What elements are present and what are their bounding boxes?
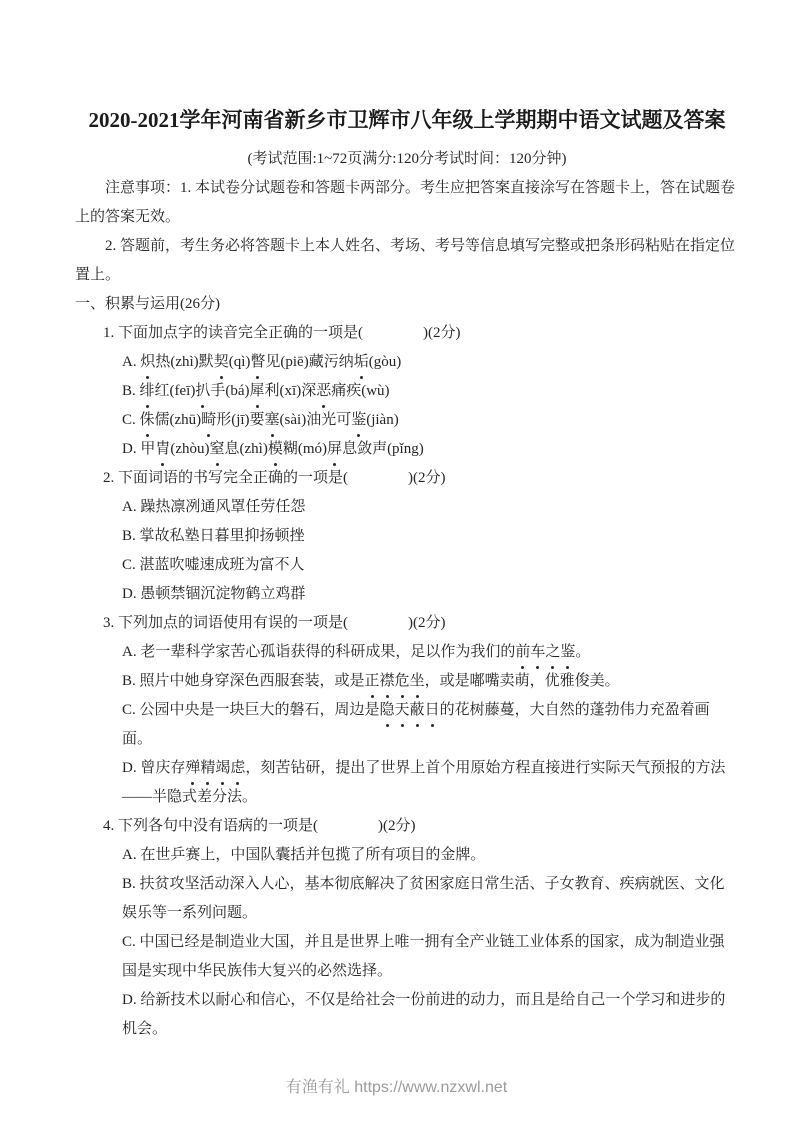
exam-info: (考试范围:1~72页满分:120分考试时间：120分钟) <box>75 145 739 174</box>
question-3-option-a: A. 老一辈科学家苦心孤诣获得的科研成果，足以作为我们的前车之鉴。 <box>122 638 739 667</box>
emphasized-char: 犀 <box>250 377 265 406</box>
section-title: 一、积累与运用(26分) <box>75 290 739 319</box>
question-3: 3. 下列加点的词语使用有误的一项是( )(2分) A. 老一辈科学家苦心孤诣获… <box>75 609 739 812</box>
page-title: 2020-2021学年河南省新乡市卫辉市八年级上学期期中语文试题及答案 <box>75 104 739 137</box>
emphasized-char: 虑 <box>230 754 245 783</box>
question-4-stem: 4. 下列各句中没有语病的一项是( )(2分) <box>103 812 739 841</box>
emphasized-char: 天 <box>395 696 410 725</box>
question-1-option-b: B. 绯红(feī)扒手(bá)犀利(xī)深恶痛疾(wù) <box>122 377 739 406</box>
emphasized-char: 襟 <box>380 667 395 696</box>
footer-watermark-text: 有渔有礼 https://www.nzxwl.net <box>286 1079 507 1096</box>
emphasized-char: 殚 <box>185 754 200 783</box>
question-4: 4. 下列各句中没有语病的一项是( )(2分) A. 在世乒赛上，中国队囊括并包… <box>75 812 739 1044</box>
emphasized-char: 扒 <box>195 377 210 406</box>
emphasized-char: 坐 <box>410 667 425 696</box>
question-1-stem: 1. 下面加点字的读音完全正确的一项是( )(2分) <box>103 319 739 348</box>
question-3-option-b: B. 照片中她身穿深色西服套装，或是正襟危坐，或是嘟嘴卖萌，优雅俊美。 <box>122 667 739 696</box>
emphasized-char: 垢 <box>354 348 369 377</box>
emphasized-char: 胄 <box>155 435 170 464</box>
emphasized-char: 畸 <box>201 406 216 435</box>
emphasized-char: 模 <box>268 435 283 464</box>
question-4-option-a: A. 在世乒赛上，中国队囊括并包揽了所有项目的金牌。 <box>122 841 739 870</box>
question-2-stem: 2. 下面词语的书写完全正确的一项是( )(2分) <box>103 464 739 493</box>
emphasized-char: 隐 <box>380 696 395 725</box>
question-3-option-d: D. 曾庆存殚精竭虑，刻苦钻研，提出了世界上首个用原始方程直接进行实际天气预报的… <box>122 754 739 812</box>
page-footer: 有渔有礼 https://www.nzxwl.net <box>0 1077 793 1099</box>
emphasized-char: 正 <box>365 667 380 696</box>
emphasized-char: 之 <box>545 638 560 667</box>
question-4-option-c: C. 中国已经是制造业大国，并且是世界上唯一拥有全产业链工业体系的国家，成为制造… <box>122 928 739 986</box>
emphasized-char: 危 <box>395 667 410 696</box>
question-2-option-d: D. 愚顿禁锢沉淀物鹤立鸡群 <box>122 580 739 609</box>
question-2-option-a: A. 躁热凛冽通风罩任劳任怨 <box>122 493 739 522</box>
question-2: 2. 下面词语的书写完全正确的一项是( )(2分) A. 躁热凛冽通风罩任劳任怨… <box>75 464 739 609</box>
emphasized-char: 前 <box>515 638 530 667</box>
emphasized-char: 侏 <box>140 406 155 435</box>
exam-document-page: 2020-2021学年河南省新乡市卫辉市八年级上学期期中语文试题及答案 (考试范… <box>0 0 793 1121</box>
question-4-option-b: B. 扶贫攻坚活动深入人心，基本彻底解决了贫困家庭日常生活、子女教育、疾病就医、… <box>122 870 739 928</box>
emphasized-char: 窒 <box>210 435 225 464</box>
notice-paragraph-2: 2. 答题前，考生务必将答题卡上本人姓名、考场、考号等信息填写完整或把条形码粘贴… <box>75 232 739 290</box>
emphasized-char: 塞 <box>265 406 280 435</box>
question-2-option-c: C. 湛蓝吹嘘速成班为富不人 <box>122 551 739 580</box>
question-3-stem: 3. 下列加点的词语使用有误的一项是( )(2分) <box>103 609 739 638</box>
emphasized-char: 精 <box>200 754 215 783</box>
question-1: 1. 下面加点字的读音完全正确的一项是( )(2分) A. 炽热(zhì)默契(… <box>75 319 739 464</box>
emphasized-char: 炽 <box>140 348 155 377</box>
emphasized-char: 鉴 <box>560 638 575 667</box>
emphasized-char: 恶 <box>316 377 331 406</box>
question-2-option-b: B. 掌故私塾日暮里抑扬顿挫 <box>122 522 739 551</box>
notice-paragraph-1: 注意事项：1. 本试卷分试题卷和答题卡两部分。考生应把答案直接涂写在答题卡上，答… <box>75 174 739 232</box>
question-1-option-d: D. 甲胄(zhòu)窒息(zhì)模糊(mó)屏息敛声(pǐng) <box>122 435 739 464</box>
emphasized-char: 竭 <box>215 754 230 783</box>
question-1-option-a: A. 炽热(zhì)默契(qì)瞥见(piē)藏污纳垢(gòu) <box>122 348 739 377</box>
emphasized-char: 蔽 <box>410 696 425 725</box>
emphasized-char: 日 <box>425 696 440 725</box>
question-4-option-d: D. 给新技术以耐心和信心，不仅是给社会一份前进的动力，而且是给自己一个学习和进… <box>122 986 739 1044</box>
question-3-option-c: C. 公园中央是一块巨大的磐石，周边是隐天蔽日的花树藤蔓，大自然的蓬勃伟力充盈着… <box>122 696 739 754</box>
emphasized-char: 契 <box>214 348 229 377</box>
question-1-option-c: C. 侏儒(zhū)畸形(jī)要塞(sài)油光可鉴(jiàn) <box>122 406 739 435</box>
emphasized-char: 瞥 <box>250 348 265 377</box>
emphasized-char: 屏 <box>327 435 342 464</box>
emphasized-char: 绯 <box>140 377 155 406</box>
emphasized-char: 鉴 <box>351 406 366 435</box>
emphasized-char: 车 <box>530 638 545 667</box>
